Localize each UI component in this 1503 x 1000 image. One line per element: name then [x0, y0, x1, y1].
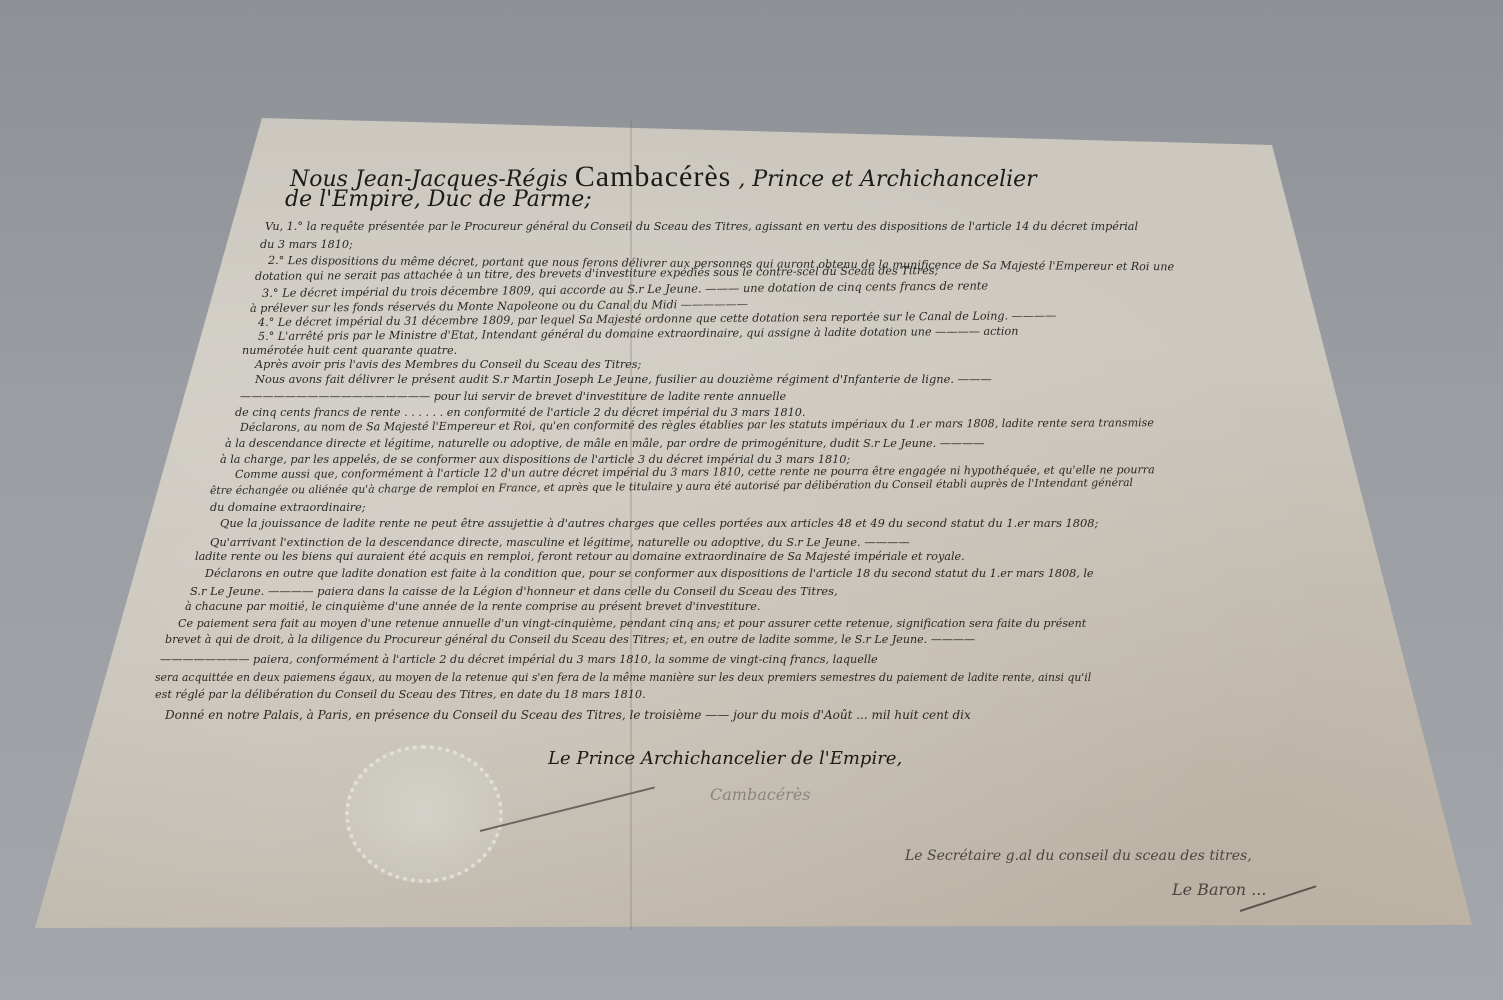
signature-prince: Cambacérès	[710, 785, 811, 804]
header-line-2: de l'Empire, Duc de Parme;	[285, 187, 592, 212]
body-line: à la charge, par les appelés, de se conf…	[220, 453, 850, 466]
body-line: est réglé par la délibération du Conseil…	[155, 688, 646, 701]
embossed-seal	[345, 745, 503, 883]
body-line: Ce paiement sera fait au moyen d'une ret…	[178, 617, 1086, 630]
body-line: Déclarons en outre que ladite donation e…	[205, 567, 1094, 580]
body-line: ———————— paiera, conformément à l'articl…	[160, 653, 878, 666]
secretary-line: Le Secrétaire g.al du conseil du sceau d…	[905, 848, 1252, 864]
header-title: , Prince et Archichancelier	[738, 167, 1036, 192]
body-line: ————————————————— pour lui servir de bre…	[240, 390, 786, 403]
body-line: Vu, 1.° la requête présentée par le Proc…	[265, 220, 1138, 233]
body-line: à la descendance directe et légitime, na…	[225, 437, 984, 450]
body-line: Après avoir pris l'avis des Membres du C…	[255, 358, 641, 371]
body-line: à chacune par moitié, le cinquième d'une…	[185, 600, 760, 613]
body-line: brevet à qui de droit, à la diligence du…	[165, 633, 975, 646]
header-name: Cambacérès	[575, 160, 732, 193]
body-line: du domaine extraordinaire;	[210, 501, 366, 514]
body-line: sera acquittée en deux paiemens égaux, a…	[155, 671, 1091, 684]
closing-line: Le Prince Archichancelier de l'Empire,	[548, 748, 902, 769]
body-line: S.r Le Jeune. ———— paiera dans la caisse…	[190, 584, 838, 598]
signature-secretary: Le Baron ...	[1172, 880, 1266, 899]
body-line: du 3 mars 1810;	[260, 238, 353, 251]
body-line: ladite rente ou les biens qui auraient é…	[195, 550, 965, 563]
body-line: Qu'arrivant l'extinction de la descendan…	[210, 535, 910, 549]
document-paper	[0, 0, 1503, 1000]
body-line: Que la jouissance de ladite rente ne peu…	[220, 516, 1098, 530]
body-line: Donné en notre Palais, à Paris, en prése…	[165, 708, 971, 722]
body-line: de cinq cents francs de rente . . . . . …	[235, 406, 805, 419]
body-line: numérotée huit cent quarante quatre.	[242, 344, 457, 357]
body-line: Nous avons fait délivrer le présent audi…	[255, 372, 992, 386]
